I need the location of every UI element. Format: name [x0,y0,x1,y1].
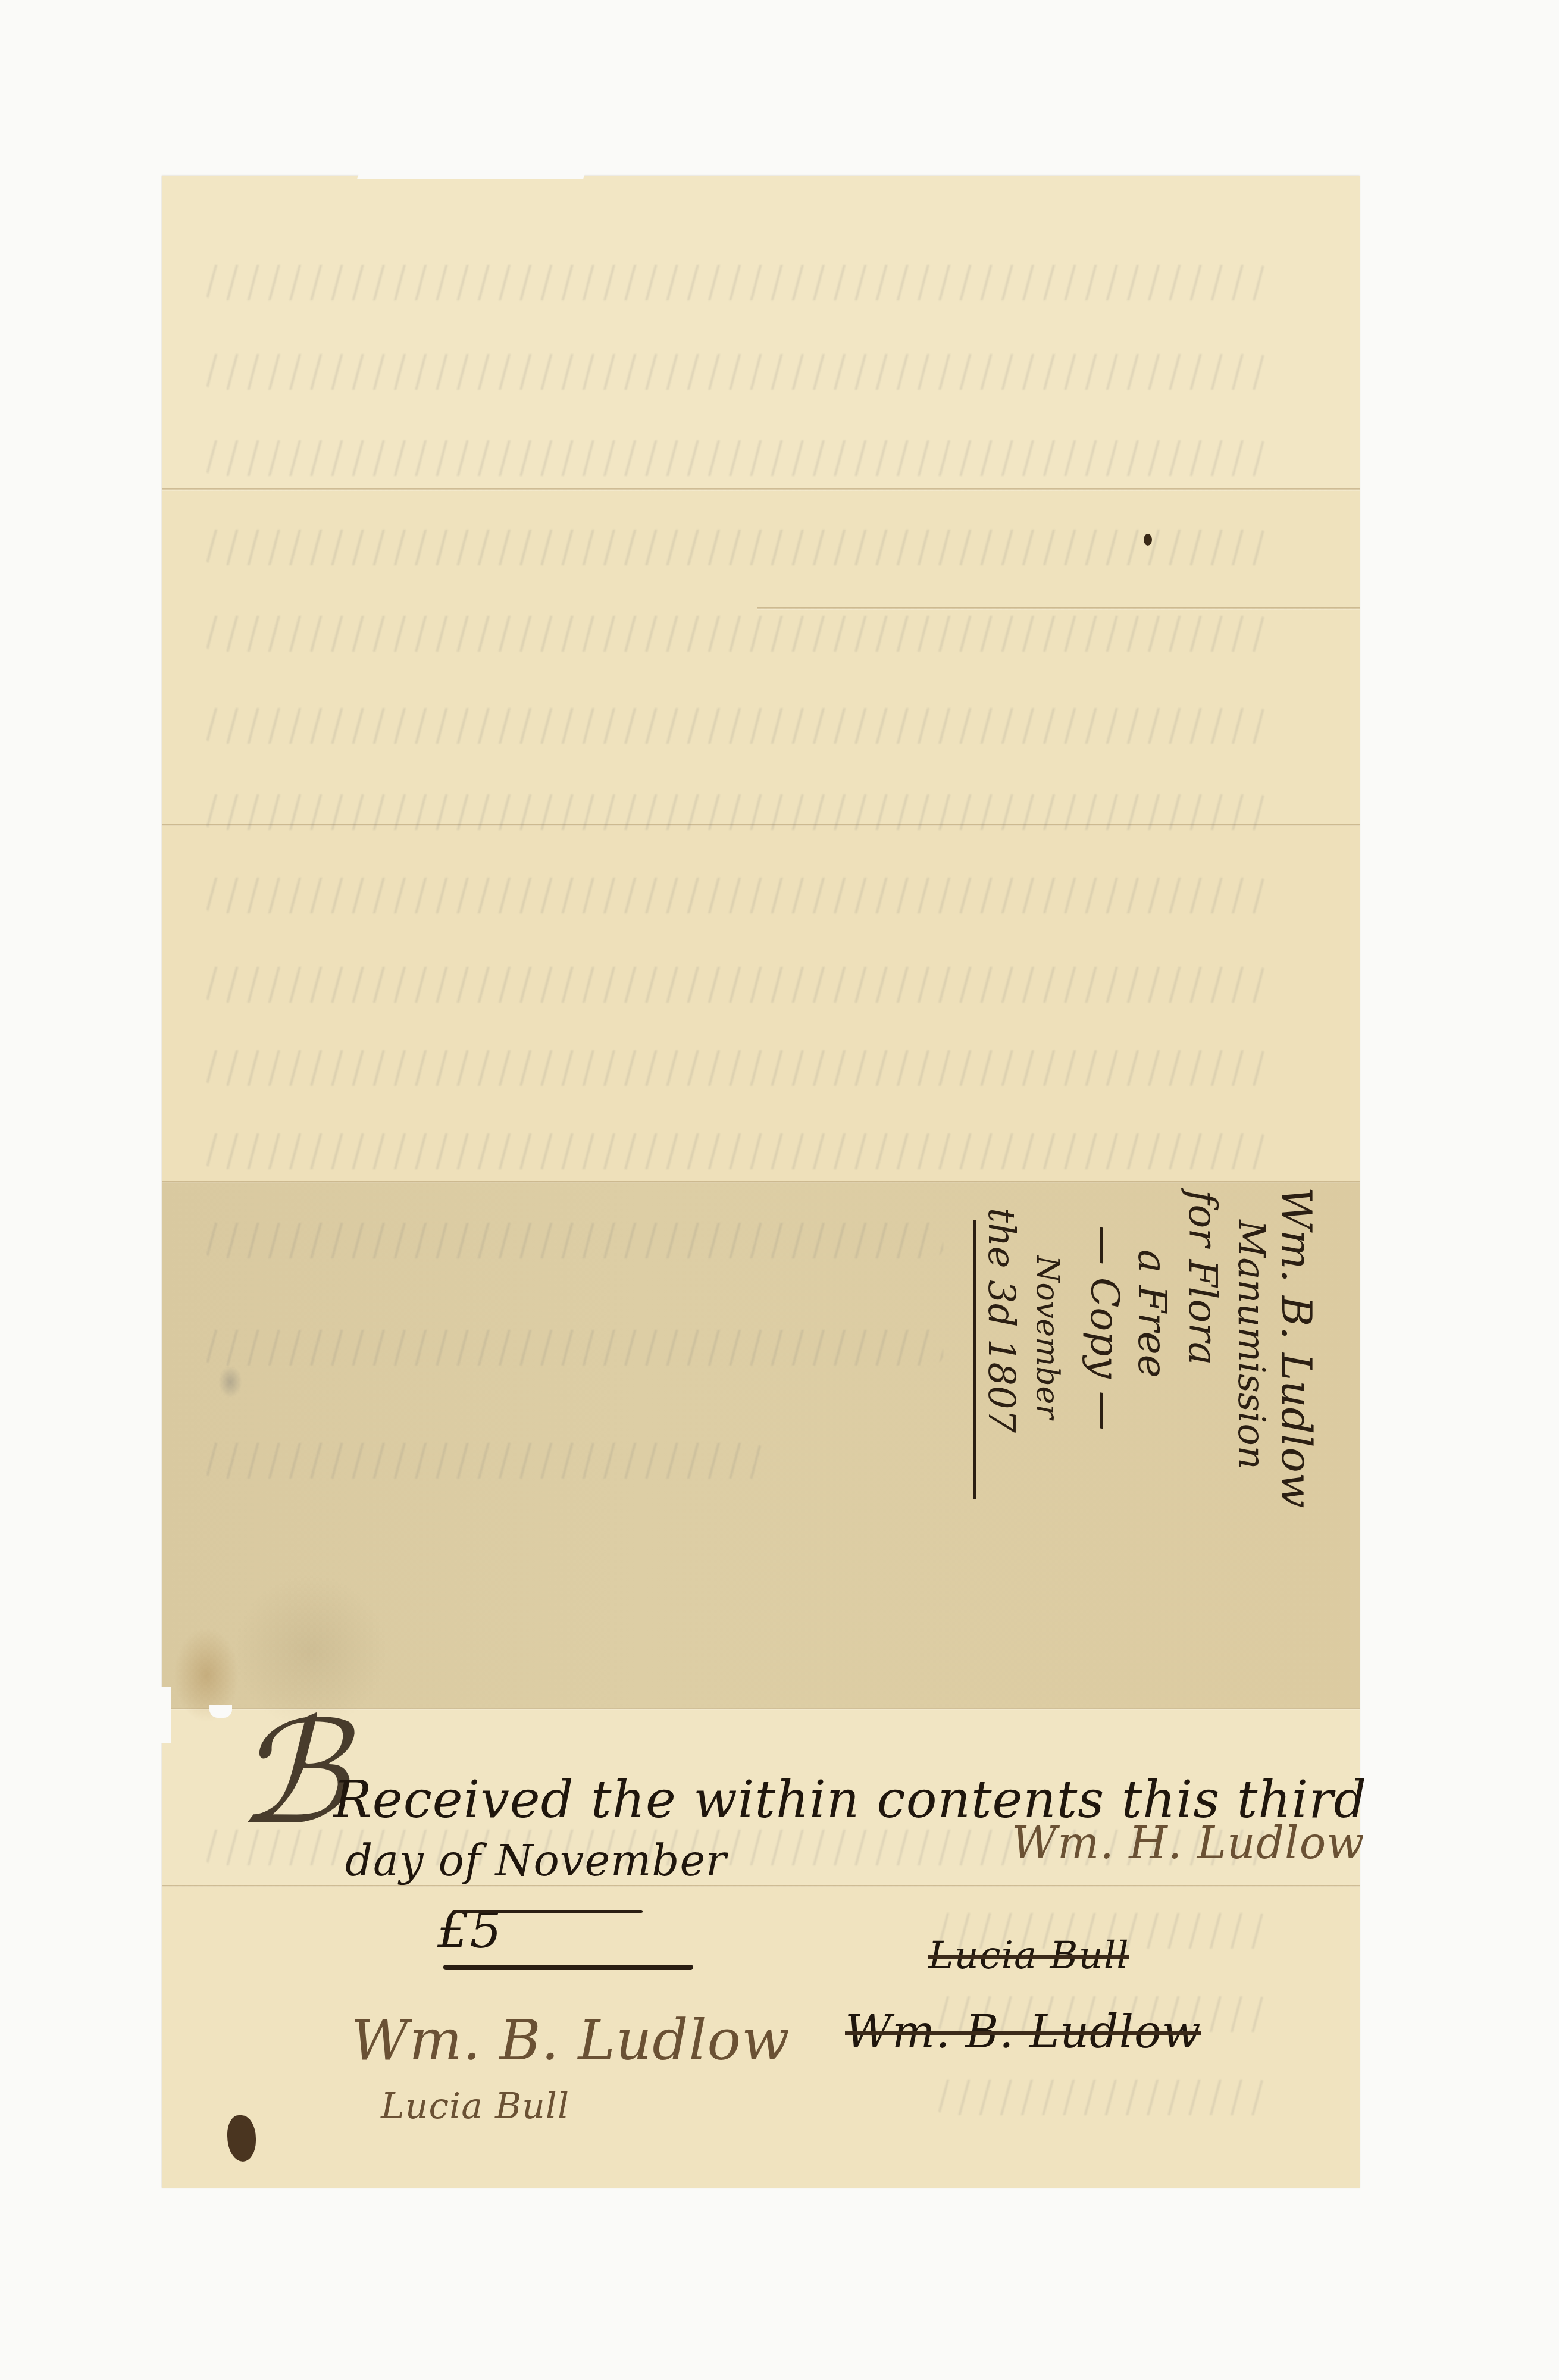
fold-line [162,488,1360,491]
bleed-through-writing [204,878,1270,913]
amount-upper-rule [452,1910,643,1913]
bleed-through-writing [204,1330,943,1366]
signature-wm-b-ludlow: Wm. B. Ludlow [351,2008,790,2073]
bleed-through-writing [204,265,1270,300]
fold-line [162,1181,1360,1183]
docket-line-for: for Flora [1180,1190,1226,1365]
docket-line-copy: — Copy — [1082,1226,1128,1430]
ink-spot [1144,534,1152,546]
receipt-signature: Wm. H. Ludlow [1012,1818,1365,1869]
docket-line-month: November [1029,1255,1065,1419]
fold-line [757,607,1360,610]
water-stain [218,1366,242,1398]
bleed-through-writing [204,1133,1270,1169]
bleed-through-writing [204,967,1270,1003]
manuscript-sheet [162,176,1360,2188]
torn-hole [209,1705,232,1718]
bleed-through-writing [204,1223,943,1258]
struck-signature-wm-b-ludlow: Wm. B. Ludlow [845,2005,1201,2058]
torn-edge [150,1687,171,1743]
docket-inscription: Wm. B. Ludlow Manumission for Flora a Fr… [896,1184,1348,1517]
bleed-through-writing [935,2080,1270,2115]
bleed-through-writing [204,440,1270,476]
bleed-through-writing [204,1050,1270,1086]
signature-lucia-bull: Lucia Bull [381,2085,569,2127]
decorative-initial-flourish: ℬ [235,1702,348,1844]
torn-edge [357,172,586,179]
struck-signature-lucia-bull: Lucia Bull [928,1934,1129,1978]
bleed-through-writing [204,794,1270,830]
docket-line-free: a Free [1129,1249,1175,1378]
docket-line-name: Wm. B. Ludlow [1272,1187,1321,1508]
bleed-through-writing [204,1443,765,1479]
docket-line-date: the 3d 1807 [980,1208,1023,1433]
bleed-through-writing [204,354,1270,390]
bleed-through-writing [204,708,1270,744]
bleed-through-writing [204,616,1270,652]
bleed-through-writing [204,530,1270,565]
docket-underline [973,1220,976,1499]
receipt-line-2: day of November [345,1836,727,1886]
docket-line-type: Manumission [1230,1220,1273,1470]
amount-lower-rule [443,1965,693,1970]
fold-line [162,1885,1360,1887]
